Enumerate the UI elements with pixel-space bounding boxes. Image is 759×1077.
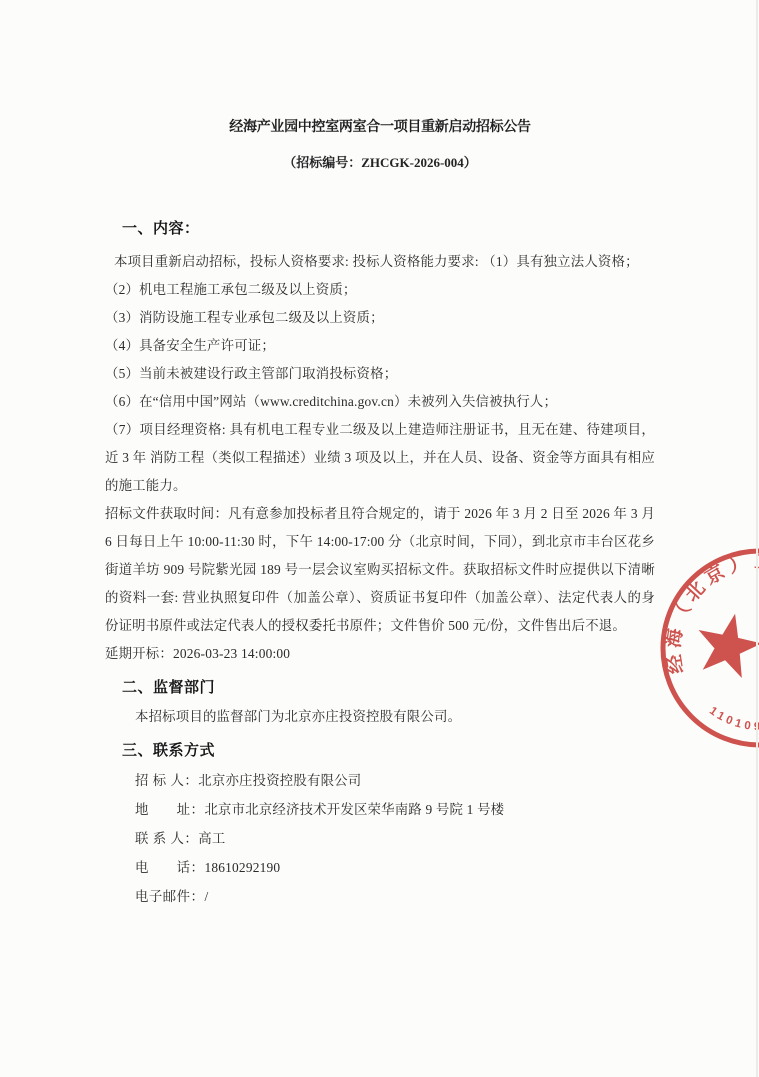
contact-value: / — [204, 889, 208, 904]
contact-row-tenderee: 招 标 人：北京亦庄投资控股有限公司 — [135, 766, 655, 795]
scanned-document-page: 经海产业园中控室两室合一项目重新启动招标公告 （招标编号：ZHCGK-2026-… — [0, 0, 759, 1077]
document-title: 经海产业园中控室两室合一项目重新启动招标公告 — [105, 116, 655, 136]
requirement-item-5: （5）当前未被建设行政主管部门取消投标资格； — [105, 360, 655, 388]
contact-row-person: 联 系 人：高工 — [135, 824, 655, 853]
svg-text:经海（北京）工程咨: 经海（北京）工程咨 — [661, 550, 759, 675]
requirement-item-3: （3）消防设施工程专业承包二级及以上资质； — [105, 304, 655, 332]
paragraph-supervision: 本招标项目的监督部门为北京亦庄投资控股有限公司。 — [105, 703, 655, 731]
seal-serial-number: 11010910 — [707, 705, 759, 733]
seal-arc-text: 经海（北京）工程咨 — [661, 550, 759, 675]
contact-row-address: 地 址：北京市北京经济技术开发区荣华南路 9 号院 1 号楼 — [135, 795, 655, 824]
contact-value: 18610292190 — [204, 860, 280, 875]
contact-label: 电子邮件： — [135, 889, 204, 904]
tender-number: （招标编号：ZHCGK-2026-004） — [105, 152, 655, 171]
contact-row-email: 电子邮件：/ — [135, 882, 655, 911]
section-heading-content: 一、内容： — [122, 217, 655, 238]
seal-star-icon — [691, 607, 759, 681]
seal-border-circle — [663, 551, 759, 745]
seal-graphic: 经海（北京）工程咨 11010910 — [639, 545, 759, 757]
postponed-opening-time: 延期开标：2026-03-23 14:00:00 — [105, 640, 655, 668]
contact-label: 招 标 人： — [135, 773, 198, 788]
contact-label: 地 址： — [135, 802, 204, 817]
requirement-item-4: （4）具备安全生产许可证； — [105, 332, 655, 360]
section-heading-supervision: 二、监督部门 — [122, 676, 655, 697]
paragraph-intro: 本项目重新启动招标，投标人资格要求: 投标人资格能力要求: （1）具有独立法人资… — [105, 248, 655, 276]
requirement-item-6: （6）在“信用中国”网站（www.creditchina.gov.cn）未被列入… — [105, 388, 655, 416]
contact-row-phone: 电 话：18610292190 — [135, 853, 655, 882]
svg-text:11010910: 11010910 — [707, 705, 759, 733]
document-body: 经海产业园中控室两室合一项目重新启动招标公告 （招标编号：ZHCGK-2026-… — [105, 0, 655, 911]
requirement-item-7: （7）项目经理资格: 具有机电工程专业二级及以上建造师注册证书，且无在建、待建项… — [105, 416, 655, 500]
section-heading-contact: 三、联系方式 — [122, 739, 655, 760]
contact-value: 北京市北京经济技术开发区荣华南路 9 号院 1 号楼 — [204, 802, 504, 817]
contact-label: 电 话： — [135, 860, 204, 875]
contact-value: 北京亦庄投资控股有限公司 — [198, 773, 361, 788]
paragraph-doc-acquisition: 招标文件获取时间：凡有意参加投标者且符合规定的，请于 2026 年 3 月 2 … — [105, 500, 655, 640]
requirement-item-2: （2）机电工程施工承包二级及以上资质； — [105, 276, 655, 304]
company-seal: 经海（北京）工程咨 11010910 — [639, 545, 759, 757]
contact-label: 联 系 人： — [135, 831, 198, 846]
contact-value: 高工 — [198, 831, 225, 846]
